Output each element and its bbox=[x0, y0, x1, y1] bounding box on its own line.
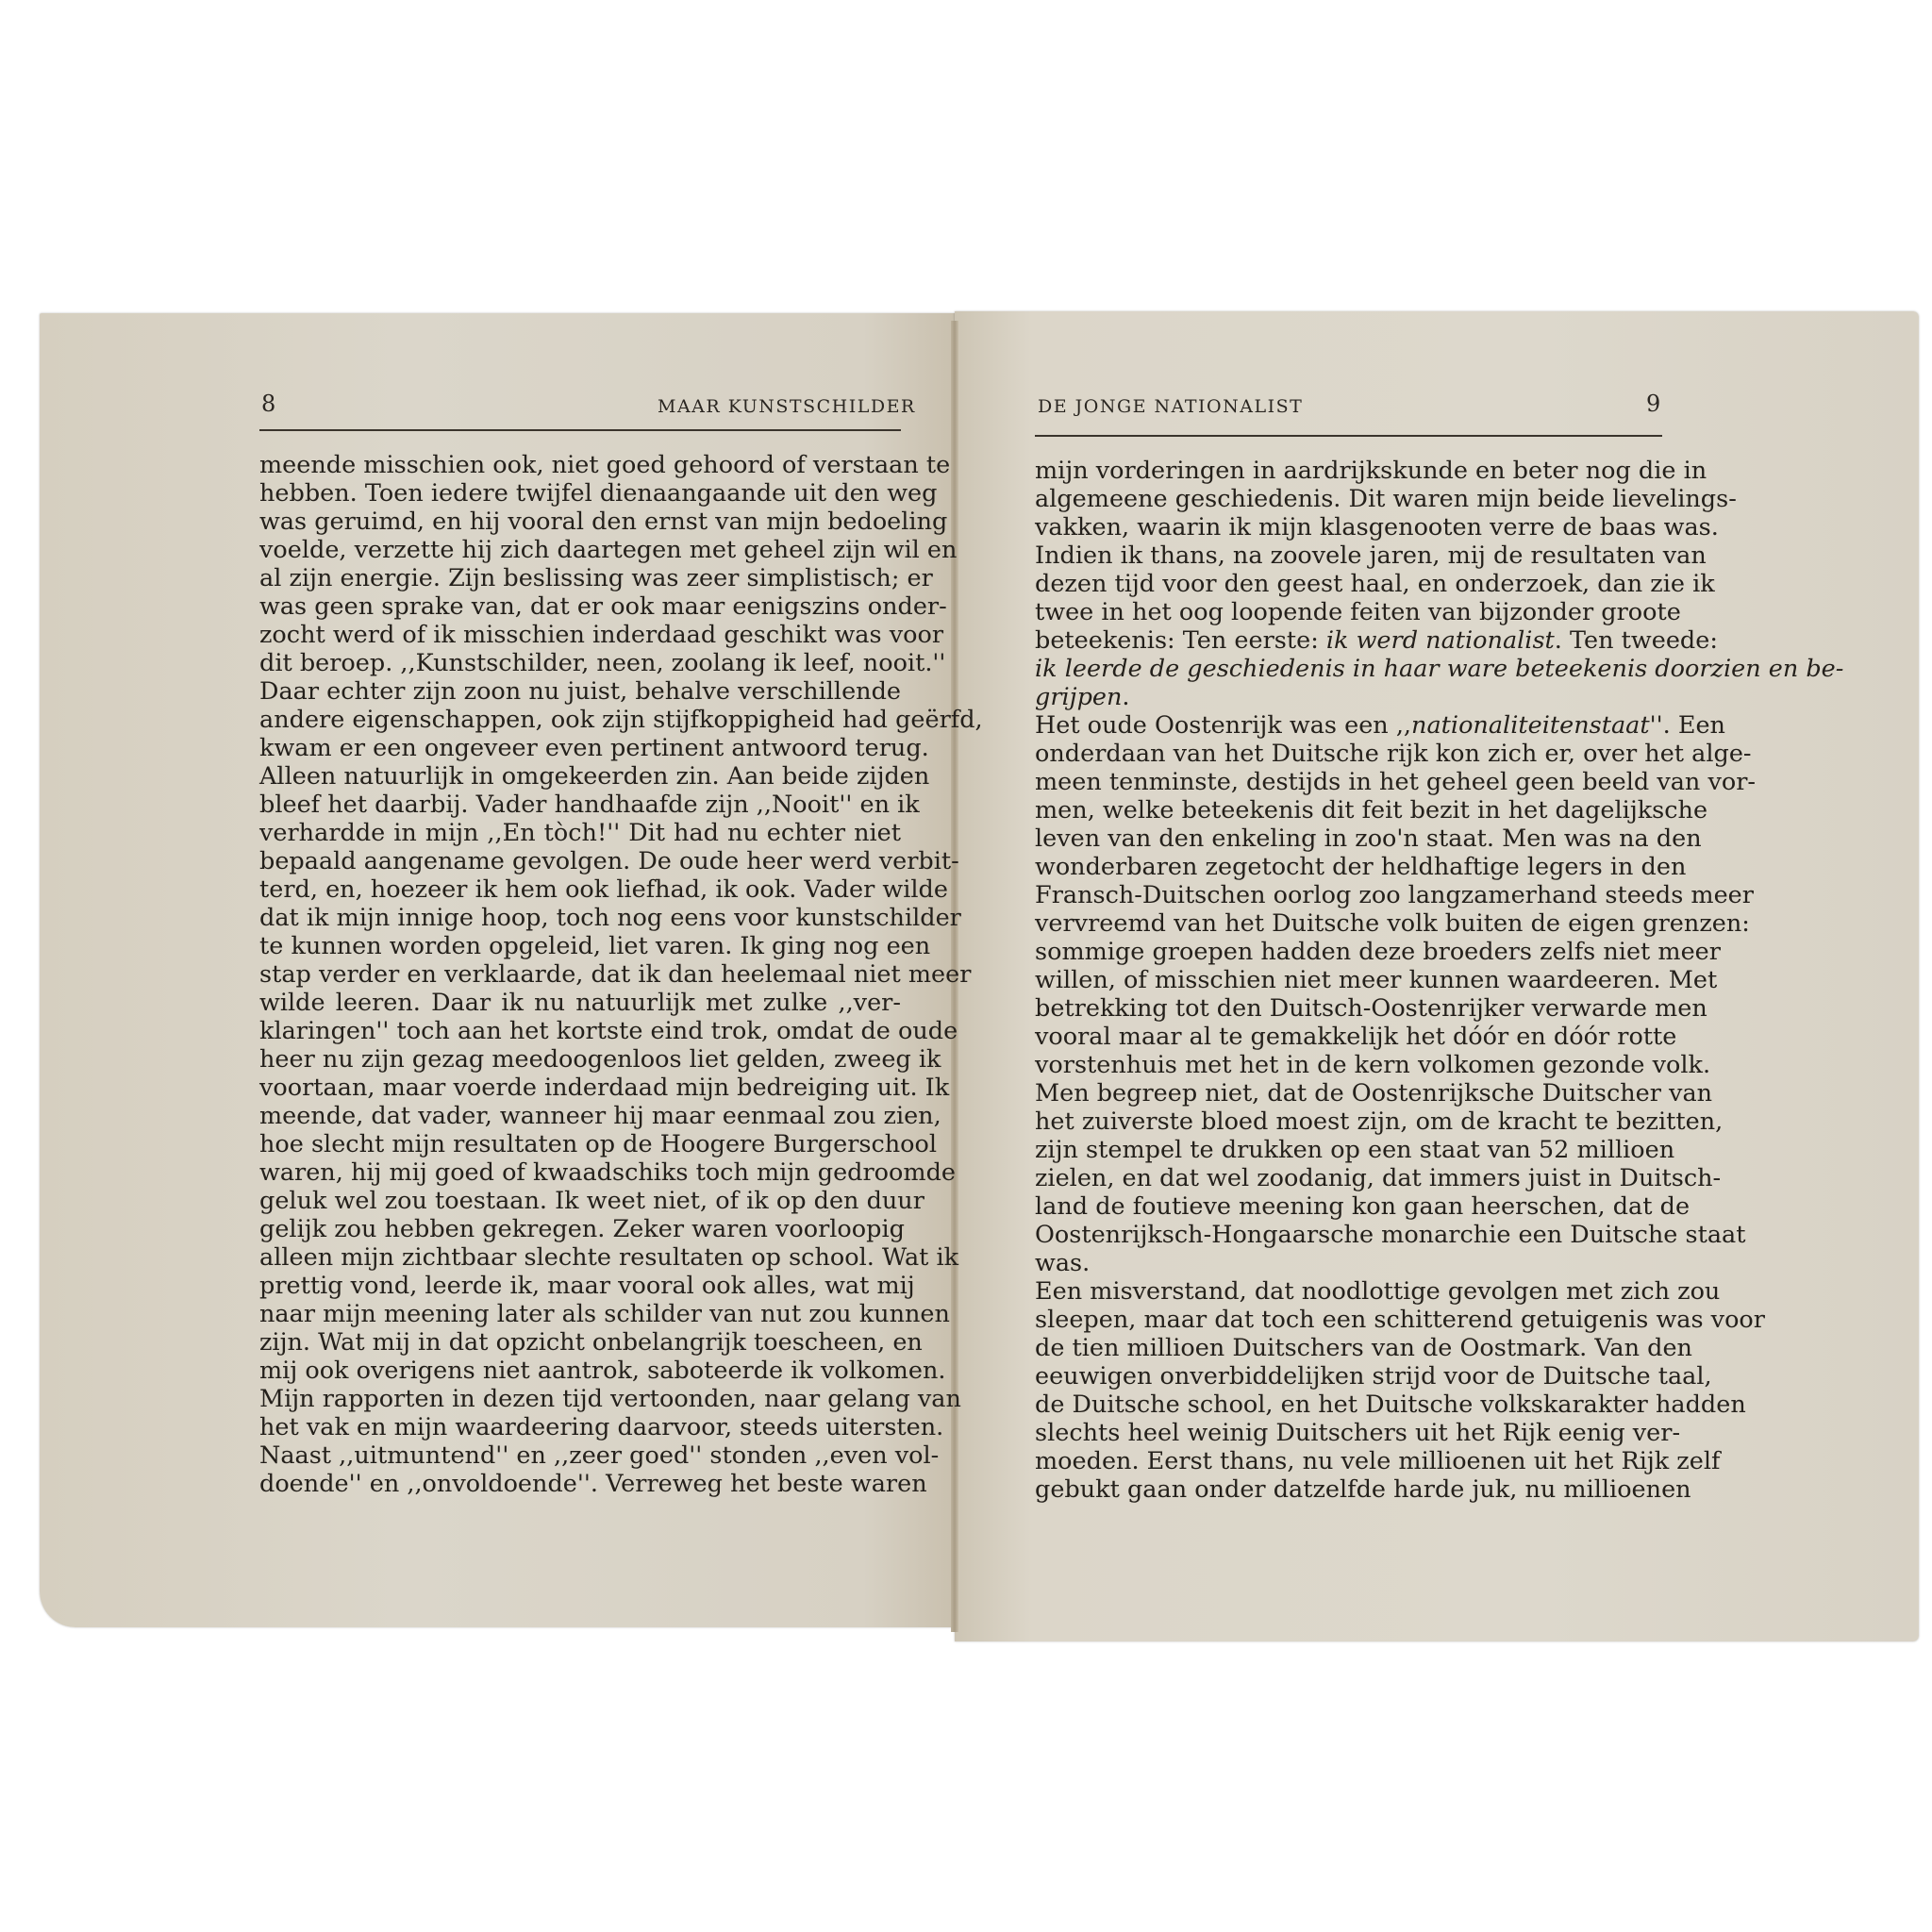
text-line: slechts heel weinig Duitschers uit het R… bbox=[1035, 1419, 1662, 1447]
right-header-rule bbox=[1035, 435, 1662, 437]
text-line: onderdaan van het Duitsche rijk kon zich… bbox=[1035, 740, 1662, 768]
text-line: voortaan, maar voerde inderdaad mijn bed… bbox=[259, 1074, 901, 1102]
text-line: wonderbaren zegetocht der heldhaftige le… bbox=[1035, 853, 1662, 881]
right-page-number: 9 bbox=[1646, 391, 1660, 417]
text-line: vervreemd van het Duitsche volk buiten d… bbox=[1035, 909, 1662, 938]
text-line: mij ook overigens niet aantrok, saboteer… bbox=[259, 1357, 901, 1385]
text-line: Mijn rapporten in dezen tijd vertoonden,… bbox=[259, 1385, 901, 1413]
text-line: sleepen, maar dat toch een schitterend g… bbox=[1035, 1306, 1662, 1334]
text-line: Het oude Oostenrijk was een ,,nationalit… bbox=[1035, 711, 1662, 740]
text-line: sommige groepen hadden deze broeders zel… bbox=[1035, 938, 1662, 966]
text-line: beteekenis: Ten eerste: ik werd national… bbox=[1035, 626, 1662, 655]
text-line: dat ik mijn innige hoop, toch nog eens v… bbox=[259, 904, 901, 932]
left-page-number: 8 bbox=[261, 391, 275, 417]
text-line: stap verder en verklaarde, dat ik dan he… bbox=[259, 960, 901, 989]
text-line: meende, dat vader, wanneer hij maar eenm… bbox=[259, 1102, 901, 1130]
text-line: hebben. Toen iedere twijfel dienaangaand… bbox=[259, 479, 901, 508]
text-line: meen tenminste, destijds in het geheel g… bbox=[1035, 768, 1662, 796]
text-line: Fransch-Duitschen oorlog zoo langzamerha… bbox=[1035, 881, 1662, 909]
text-line: kwam er een ongeveer even pertinent antw… bbox=[259, 734, 901, 762]
text-line: heer nu zijn gezag meedoogenloos liet ge… bbox=[259, 1045, 901, 1074]
text-line: de Duitsche school, en het Duitsche volk… bbox=[1035, 1391, 1662, 1419]
text-line: Alleen natuurlijk in omgekeerden zin. Aa… bbox=[259, 762, 901, 791]
text-line: algemeene geschiedenis. Dit waren mijn b… bbox=[1035, 485, 1662, 513]
text-line: meende misschien ook, niet goed gehoord … bbox=[259, 451, 901, 479]
text-line: Naast ,,uitmuntend'' en ,,zeer goed'' st… bbox=[259, 1441, 901, 1470]
right-running-head: DE JONGE NATIONALIST bbox=[1038, 396, 1303, 417]
text-line: Men begreep niet, dat de Oostenrijksche … bbox=[1035, 1079, 1662, 1108]
text-line: doende'' en ,,onvoldoende''. Verreweg he… bbox=[259, 1470, 901, 1498]
left-running-head: MAAR KUNSTSCHILDER bbox=[658, 396, 916, 417]
text-line: gelijk zou hebben gekregen. Zeker waren … bbox=[259, 1215, 901, 1243]
text-line: Indien ik thans, na zoovele jaren, mij d… bbox=[1035, 541, 1662, 570]
text-line: dit beroep. ,,Kunstschilder, neen, zoola… bbox=[259, 649, 901, 677]
text-line: terd, en, hoezeer ik hem ook liefhad, ik… bbox=[259, 875, 901, 904]
text-line: was. bbox=[1035, 1249, 1662, 1277]
text-line: het vak en mijn waardeering daarvoor, st… bbox=[259, 1413, 901, 1441]
text-line: zijn stempel te drukken op een staat van… bbox=[1035, 1136, 1662, 1164]
text-line: Een misverstand, dat noodlottige gevolge… bbox=[1035, 1277, 1662, 1306]
text-line: het zuiverste bloed moest zijn, om de kr… bbox=[1035, 1108, 1662, 1136]
right-body-text: mijn vorderingen in aardrijkskunde en be… bbox=[1035, 457, 1662, 1504]
text-line: grijpen. bbox=[1035, 683, 1662, 711]
text-line: zijn. Wat mij in dat opzicht onbelangrij… bbox=[259, 1328, 901, 1357]
text-line: hoe slecht mijn resultaten op de Hoogere… bbox=[259, 1130, 901, 1158]
text-line: eeuwigen onverbiddelijken strijd voor de… bbox=[1035, 1362, 1662, 1391]
text-line: was geen sprake van, dat er ook maar een… bbox=[259, 592, 901, 621]
text-line: Daar echter zijn zoon nu juist, behalve … bbox=[259, 677, 901, 706]
text-line: willen, of misschien niet meer kunnen wa… bbox=[1035, 966, 1662, 994]
text-line: vakken, waarin ik mijn klasgenooten verr… bbox=[1035, 513, 1662, 541]
text-line: geluk wel zou toestaan. Ik weet niet, of… bbox=[259, 1187, 901, 1215]
text-line: alleen mijn zichtbaar slechte resultaten… bbox=[259, 1243, 901, 1272]
text-line: moeden. Eerst thans, nu vele millioenen … bbox=[1035, 1447, 1662, 1475]
text-line: al zijn energie. Zijn beslissing was zee… bbox=[259, 564, 901, 592]
left-header-rule bbox=[259, 429, 901, 431]
text-line: bepaald aangename gevolgen. De oude heer… bbox=[259, 847, 901, 875]
text-line: vorstenhuis met het in de kern volkomen … bbox=[1035, 1051, 1662, 1079]
text-line: leven van den enkeling in zoo'n staat. M… bbox=[1035, 824, 1662, 853]
text-line: zocht werd of ik misschien inderdaad ges… bbox=[259, 621, 901, 649]
text-line: twee in het oog loopende feiten van bijz… bbox=[1035, 598, 1662, 626]
text-line: land de foutieve meening kon gaan heersc… bbox=[1035, 1192, 1662, 1221]
text-line: verhardde in mijn ,,En tòch!'' Dit had n… bbox=[259, 819, 901, 847]
text-line: naar mijn meening later als schilder van… bbox=[259, 1300, 901, 1328]
text-line: was geruimd, en hij vooral den ernst van… bbox=[259, 508, 901, 536]
text-line: te kunnen worden opgeleid, liet varen. I… bbox=[259, 932, 901, 960]
text-line: Oostenrijksch-Hongaarsche monarchie een … bbox=[1035, 1221, 1662, 1249]
text-line: klaringen'' toch aan het kortste eind tr… bbox=[259, 1017, 901, 1045]
text-line: wilde leeren. Daar ik nu natuurlijk met … bbox=[259, 989, 901, 1017]
text-line: vooral maar al te gemakkelijk het dóór e… bbox=[1035, 1023, 1662, 1051]
text-line: ik leerde de geschiedenis in haar ware b… bbox=[1035, 655, 1662, 683]
text-line: bleef het daarbij. Vader handhaafde zijn… bbox=[259, 791, 901, 819]
text-line: de tien millioen Duitschers van de Oostm… bbox=[1035, 1334, 1662, 1362]
text-line: waren, hij mij goed of kwaadschiks toch … bbox=[259, 1158, 901, 1187]
text-line: zielen, en dat wel zoodanig, dat immers … bbox=[1035, 1164, 1662, 1192]
text-line: gebukt gaan onder datzelfde harde juk, n… bbox=[1035, 1475, 1662, 1504]
text-line: men, welke beteekenis dit feit bezit in … bbox=[1035, 796, 1662, 824]
left-body-text: meende misschien ook, niet goed gehoord … bbox=[259, 451, 901, 1498]
text-line: betrekking tot den Duitsch-Oostenrijker … bbox=[1035, 994, 1662, 1023]
text-line: andere eigenschappen, ook zijn stijfkopp… bbox=[259, 706, 901, 734]
text-line: dezen tijd voor den geest haal, en onder… bbox=[1035, 570, 1662, 598]
text-line: voelde, verzette hij zich daartegen met … bbox=[259, 536, 901, 564]
text-line: prettig vond, leerde ik, maar vooral ook… bbox=[259, 1272, 901, 1300]
text-line: mijn vorderingen in aardrijkskunde en be… bbox=[1035, 457, 1662, 485]
